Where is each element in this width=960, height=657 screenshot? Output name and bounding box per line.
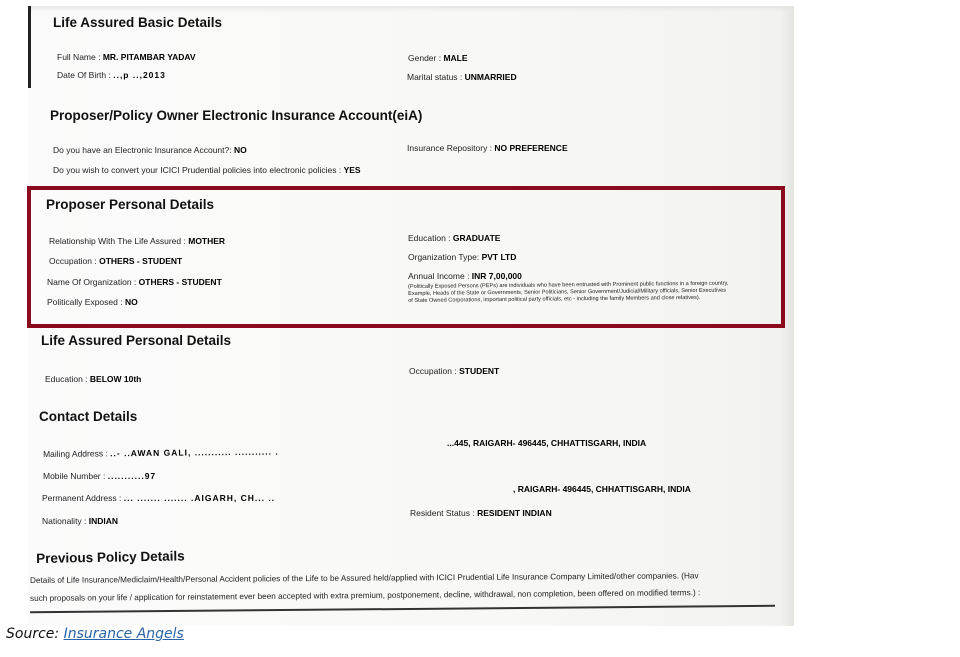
field-life-assured-occupation: Occupation : STUDENT xyxy=(409,366,499,376)
field-label: Resident Status : xyxy=(410,508,477,518)
field-label: Gender : xyxy=(408,53,443,63)
section-title-contact: Contact Details xyxy=(39,409,137,424)
field-proposer-occupation: Occupation : OTHERS - STUDENT xyxy=(49,256,182,266)
field-value: INDIAN xyxy=(89,516,118,526)
source-link[interactable]: Insurance Angels xyxy=(64,626,184,642)
field-label: Education : xyxy=(408,233,453,243)
field-annual-income: Annual Income : INR 7,00,000 xyxy=(408,271,522,281)
field-label: Nationality : xyxy=(42,516,89,526)
field-value: NO xyxy=(125,297,138,307)
field-value: OTHERS - STUDENT xyxy=(139,277,222,287)
field-label: Full Name : xyxy=(57,52,103,62)
field-label: Do you have an Electronic Insurance Acco… xyxy=(53,145,234,155)
field-label: Relationship With The Life Assured : xyxy=(49,236,188,246)
field-value-redacted: ...........97 xyxy=(108,471,156,481)
section-title-life-assured-basic: Life Assured Basic Details xyxy=(53,15,222,30)
field-full-name: Full Name : MR. PITAMBAR YADAV xyxy=(57,52,196,62)
field-label: Organization Type: xyxy=(408,252,482,262)
field-life-assured-education: Education : BELOW 10th xyxy=(45,374,141,384)
section-title-eia: Proposer/Policy Owner Electronic Insuran… xyxy=(50,108,422,123)
field-label: Politically Exposed : xyxy=(47,297,125,307)
source-prefix: Source: xyxy=(6,626,64,642)
field-value: MR. PITAMBAR YADAV xyxy=(103,52,196,62)
field-label: Name Of Organization : xyxy=(47,277,139,287)
field-label: Do you wish to convert your ICICI Pruden… xyxy=(53,165,344,175)
field-mobile-number: Mobile Number : ...........97 xyxy=(43,471,156,481)
field-convert-policies: Do you wish to convert your ICICI Pruden… xyxy=(53,165,361,175)
field-value: UNMARRIED xyxy=(465,72,517,82)
field-value: MOTHER xyxy=(188,236,225,246)
field-label: Occupation : xyxy=(409,366,459,376)
field-label: Date Of Birth : xyxy=(57,70,113,80)
field-insurance-repository: Insurance Repository : NO PREFERENCE xyxy=(407,143,568,153)
field-has-eia: Do you have an Electronic Insurance Acco… xyxy=(53,145,247,155)
field-marital-status: Marital status : UNMARRIED xyxy=(407,72,517,82)
field-value: BELOW 10th xyxy=(90,374,141,384)
field-value-redacted: ..,p ..,2013 xyxy=(113,70,166,80)
field-proposer-education: Education : GRADUATE xyxy=(408,233,500,243)
field-label: Insurance Repository : xyxy=(407,143,494,153)
field-value: OTHERS - STUDENT xyxy=(99,256,182,266)
section-title-previous-policy: Previous Policy Details xyxy=(36,548,185,566)
field-value: INR 7,00,000 xyxy=(472,271,522,281)
field-value: RESIDENT INDIAN xyxy=(477,508,552,518)
field-label: Marital status : xyxy=(407,72,465,82)
field-resident-status: Resident Status : RESIDENT INDIAN xyxy=(410,508,552,518)
scan-top-shadow xyxy=(28,6,794,12)
field-label: Mailing Address : xyxy=(43,448,110,459)
field-label: Occupation : xyxy=(49,256,99,266)
field-value: GRADUATE xyxy=(453,233,501,243)
field-relationship: Relationship With The Life Assured : MOT… xyxy=(49,236,225,246)
section-title-life-assured-personal: Life Assured Personal Details xyxy=(41,333,231,348)
field-organization-name: Name Of Organization : OTHERS - STUDENT xyxy=(47,277,222,287)
field-gender: Gender : MALE xyxy=(408,53,468,63)
field-value: ...445, RAIGARH- 496445, CHHATTISGARH, I… xyxy=(447,438,646,448)
field-mailing-address-tail: ...445, RAIGARH- 496445, CHHATTISGARH, I… xyxy=(447,438,646,448)
field-date-of-birth: Date Of Birth : ..,p ..,2013 xyxy=(57,70,166,80)
field-label: Education : xyxy=(45,374,90,384)
field-value: MALE xyxy=(443,53,467,63)
field-label: Annual Income : xyxy=(408,271,472,281)
section-title-proposer-personal: Proposer Personal Details xyxy=(46,197,214,212)
field-value: YES xyxy=(344,165,361,175)
field-value-redacted: ..- ..AWAN GALI, ........... ...........… xyxy=(110,447,279,459)
field-permanent-address: Permanent Address : ... ....... ....... … xyxy=(42,493,275,503)
field-value: STUDENT xyxy=(459,366,499,376)
field-value: PVT LTD xyxy=(482,252,517,262)
field-label: Mobile Number : xyxy=(43,471,108,481)
field-value: NO xyxy=(234,145,247,155)
scan-left-edge-mark xyxy=(28,6,31,88)
pep-definition-note: (Politically Exposed Persons (PEPs) are … xyxy=(408,281,729,305)
field-permanent-address-tail: , RAIGARH- 496445, CHHATTISGARH, INDIA xyxy=(513,484,691,494)
field-politically-exposed: Politically Exposed : NO xyxy=(47,297,138,307)
source-caption: Source: Insurance Angels xyxy=(6,626,190,642)
field-organization-type: Organization Type: PVT LTD xyxy=(408,252,516,262)
field-value: , RAIGARH- 496445, CHHATTISGARH, INDIA xyxy=(513,484,691,494)
field-label: Permanent Address : xyxy=(42,493,124,503)
field-value-redacted: ... ....... ....... .AIGARH, CH... .. xyxy=(124,493,275,503)
field-value: NO PREFERENCE xyxy=(494,143,567,153)
field-nationality: Nationality : INDIAN xyxy=(42,516,118,526)
